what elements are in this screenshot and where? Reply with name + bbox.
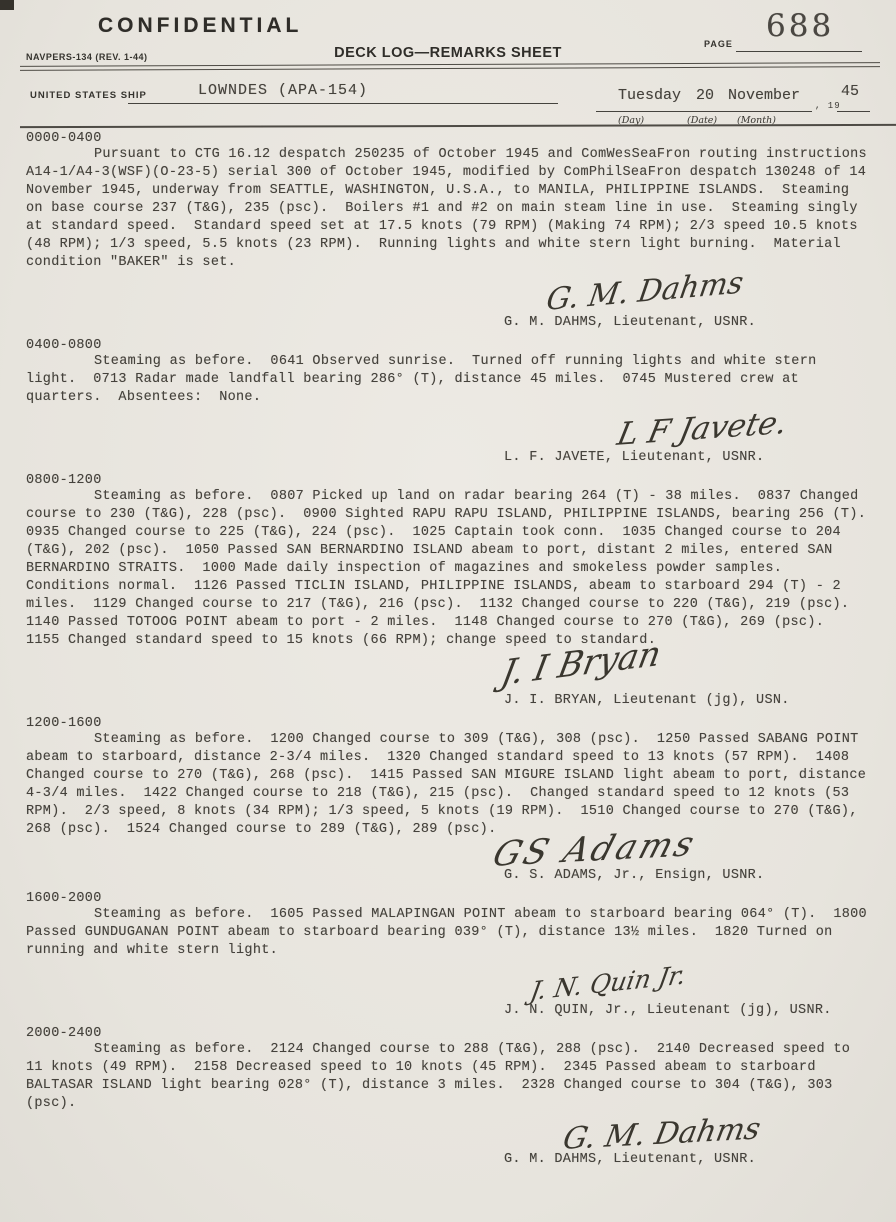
- ship-label: UNITED STATES SHIP: [30, 90, 147, 101]
- signature-typed-name: L. F. JAVETE, Lieutenant, USNR.: [504, 450, 764, 465]
- watch-heading: 1600-2000: [26, 891, 870, 906]
- ship-name-line: [128, 103, 558, 104]
- handwritten-signature: J. N. Quin Jr.: [528, 960, 688, 1006]
- date-day: Tuesday: [618, 87, 681, 104]
- signature-block: L F Javete. L. F. JAVETE, Lieutenant, US…: [504, 407, 870, 469]
- watch-heading: 0400-0800: [26, 338, 870, 353]
- watch-heading: 0000-0400: [26, 131, 870, 146]
- remarks-text: Steaming as before. 1200 Changed course …: [26, 731, 870, 839]
- handwritten-signature: L F Javete.: [614, 405, 791, 453]
- year-prefix: , 19: [815, 101, 841, 111]
- log-entry-1600-2000: 1600-2000 Steaming as before. 1605 Passe…: [26, 891, 870, 1022]
- remarks-text: Steaming as before. 1605 Passed MALAPING…: [26, 906, 870, 960]
- handwritten-signature: G. M. Dahms: [560, 1111, 763, 1157]
- signature-typed-name: J. I. BRYAN, Lieutenant (jg), USN.: [504, 693, 790, 708]
- log-entry-0000-0400: 0000-0400 Pursuant to CTG 16.12 despatch…: [26, 131, 870, 334]
- date-date: 20: [696, 87, 714, 104]
- remarks-text: Steaming as before. 2124 Changed course …: [26, 1041, 870, 1113]
- deck-log-page: CONFIDENTIAL 688 PAGE NAVPERS-134 (REV. …: [0, 0, 896, 1222]
- masthead: CONFIDENTIAL 688 PAGE NAVPERS-134 (REV. …: [0, 0, 896, 132]
- watch-heading: 2000-2400: [26, 1026, 870, 1041]
- signature-block: J. N. Quin Jr. J. N. QUIN, Jr., Lieutena…: [504, 960, 870, 1022]
- signature-block: J. I Bryan J. I. BRYAN, Lieutenant (jg),…: [504, 650, 870, 712]
- ship-name: LOWNDES (APA-154): [198, 82, 368, 99]
- log-entry-0800-1200: 0800-1200 Steaming as before. 0807 Picke…: [26, 473, 870, 712]
- signature-block: GS Adams G. S. ADAMS, Jr., Ensign, USNR.: [504, 839, 870, 887]
- watch-heading: 1200-1600: [26, 716, 870, 731]
- year-value: 45: [841, 83, 859, 100]
- date-month: November: [728, 87, 800, 104]
- signature-block: G. M. Dahms G. M. DAHMS, Lieutenant, USN…: [504, 272, 870, 334]
- handwritten-signature: G. M. Dahms: [544, 265, 746, 318]
- remarks-text: Pursuant to CTG 16.12 despatch 250235 of…: [26, 146, 870, 272]
- header-rule-top: [20, 62, 880, 71]
- signature-typed-name: G. M. DAHMS, Lieutenant, USNR.: [504, 1152, 756, 1167]
- log-entry-2000-2400: 2000-2400 Steaming as before. 2124 Chang…: [26, 1026, 870, 1171]
- header-rule-bottom: [20, 124, 896, 130]
- signature-typed-name: J. N. QUIN, Jr., Lieutenant (jg), USNR.: [504, 1003, 832, 1018]
- signature-block: G. M. Dahms G. M. DAHMS, Lieutenant, USN…: [504, 1113, 870, 1171]
- log-entry-1200-1600: 1200-1600 Steaming as before. 1200 Chang…: [26, 716, 870, 887]
- year-line: [837, 111, 870, 112]
- signature-typed-name: G. S. ADAMS, Jr., Ensign, USNR.: [504, 868, 764, 883]
- signature-typed-name: G. M. DAHMS, Lieutenant, USNR.: [504, 315, 756, 330]
- document-title: DECK LOG—REMARKS SHEET: [0, 45, 896, 61]
- date-line: [596, 111, 812, 112]
- remarks-text: Steaming as before. 0641 Observed sunris…: [26, 353, 870, 407]
- log-entry-0400-0800: 0400-0800 Steaming as before. 0641 Obser…: [26, 338, 870, 469]
- classification-stamp: CONFIDENTIAL: [98, 14, 302, 38]
- page-number: 688: [766, 8, 834, 44]
- log-entries: 0000-0400 Pursuant to CTG 16.12 despatch…: [26, 131, 870, 1171]
- watch-heading: 0800-1200: [26, 473, 870, 488]
- remarks-text: Steaming as before. 0807 Picked up land …: [26, 488, 870, 650]
